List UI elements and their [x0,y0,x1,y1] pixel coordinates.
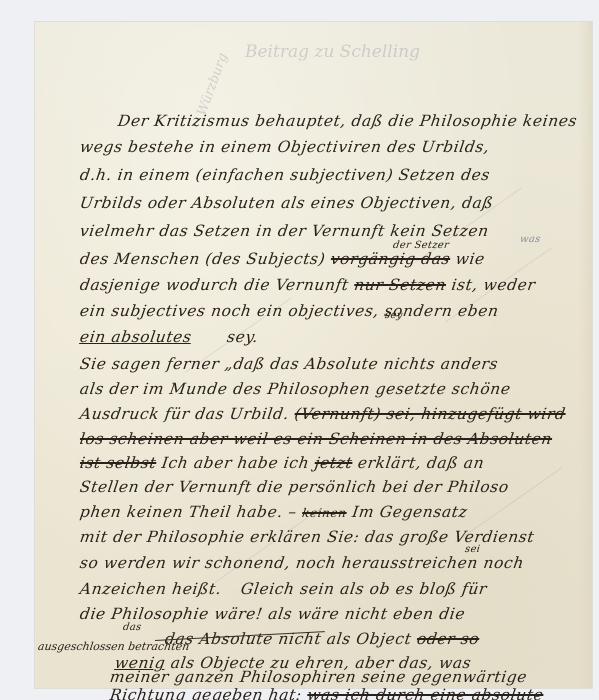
line-text: ein absolutes [79,328,193,346]
manuscript-line: als der im Munde des Philosophen gesetzt… [79,380,512,398]
bleed-through-header: Beitrag zu Schelling [245,42,420,62]
line-text: vielmehr das Setzen in der Vernunft kein… [79,222,490,240]
line-text: phen keinen Theil habe. – [79,503,298,521]
line-mid: Gleich sein [240,580,336,598]
struck-text: jetzt [314,454,354,472]
manuscript-line: vielmehr das Setzen in der Vernunft kein… [79,222,490,240]
manuscript-line: wegs bestehe in einem Objectiviren des U… [79,138,491,156]
line-text: Sie sagen ferner „daß das Absolute nicht… [79,355,500,373]
manuscript-line: Sie sagen ferner „daß das Absolute nicht… [79,355,500,373]
line-tail: sey. [226,328,260,346]
interlinear-insertion: das [122,622,142,633]
line-text: Ausdruck für das Urbild. [79,405,291,423]
line-tail: als ob es bloß für [339,580,488,598]
line-text: Urbilds oder Absoluten als eines Objecti… [79,194,495,212]
manuscript-line: die Philosophie wäre! als wäre nicht ebe… [79,605,467,623]
struck-text: was ich durch eine absolute [306,686,545,700]
line-text: Anzeichen heißt. [79,580,223,598]
line-text: d.h. in einem (einfachen subjectiven) Se… [79,166,492,184]
bleed-through-marginal: Würzburg [195,51,232,118]
manuscript-line: Anzeichen heißt. Gleich sein als ob es b… [79,580,489,598]
manuscript-line: phen keinen Theil habe. – keinen Im Gege… [79,503,469,521]
line-text: dasjenige wodurch die Vernunft [79,276,350,294]
line-text: ein subjectives noch ein objectives, son… [79,302,500,320]
manuscript-line: Richtung gegeben hat: was ich durch eine… [109,686,545,700]
manuscript-line: d.h. in einem (einfachen subjectiven) Se… [79,166,492,184]
line-text: so werden wir schonend, noch herausstrei… [79,554,526,572]
line-mid: Ich aber habe ich [161,454,311,472]
struck-text: keinen [301,506,347,520]
struck-text: (Vernunft) sei, hinzugefügt wird [293,405,566,423]
manuscript-line: los scheinen aber weil es ein Scheinen i… [79,430,554,448]
struck-text: oder so [416,630,481,648]
line-tail: wie [454,250,486,268]
manuscript-line: Urbilds oder Absoluten als eines Objecti… [79,194,495,212]
manuscript-line: das Absolute nicht als Object oder so [164,630,481,648]
manuscript-line: so werden wir schonend, noch herausstrei… [79,554,526,572]
margin-note: ausgeschlossen betrachten [37,640,190,653]
manuscript-line: meiner ganzen Philosophiren seine gegenw… [109,668,529,686]
manuscript-line: Stellen der Vernunft die persönlich bei … [79,478,510,496]
line-tail: ist, weder [450,276,536,294]
manuscript-line: des Menschen (des Subjects) vorgängig da… [79,250,486,268]
struck-text: vorgängig das [330,250,452,268]
struck-text: nur Setzen [353,276,447,294]
line-text: Stellen der Vernunft die persönlich bei … [79,478,510,496]
line-text: wegs bestehe in einem Objectiviren des U… [79,138,491,156]
line-tail: Im Gegensatz [351,503,469,521]
struck-text: los scheinen aber weil es ein Scheinen i… [79,430,554,448]
line-text: Richtung gegeben hat: [109,686,303,700]
line-text: die Philosophie wäre! als wäre nicht ebe… [79,605,467,623]
manuscript-line: ist selbst Ich aber habe ich jetzt erklä… [79,454,486,472]
manuscript-line: ein subjectives noch ein objectives, son… [79,302,500,320]
manuscript-line: Der Kritizismus behauptet, daß die Philo… [117,112,579,130]
interlinear-insertion: sey [384,310,403,321]
manuscript-line: Ausdruck für das Urbild. (Vernunft) sei,… [79,405,567,423]
line-text: des Menschen (des Subjects) [79,250,327,268]
line-text: Der Kritizismus behauptet, daß die Philo… [117,112,579,130]
interlinear-insertion: was [519,234,541,245]
line-text: meiner ganzen Philosophiren seine gegenw… [109,668,529,686]
manuscript-page: Beitrag zu Schelling Würzburg Der Kritiz… [35,22,592,688]
manuscript-line: ein absolutes sey. [79,328,260,346]
line-tail: erklärt, daß an [357,454,486,472]
struck-text: ist selbst [79,454,158,472]
manuscript-line: dasjenige wodurch die Vernunft nur Setze… [79,276,537,294]
line-text: als der im Munde des Philosophen gesetzt… [79,380,512,398]
